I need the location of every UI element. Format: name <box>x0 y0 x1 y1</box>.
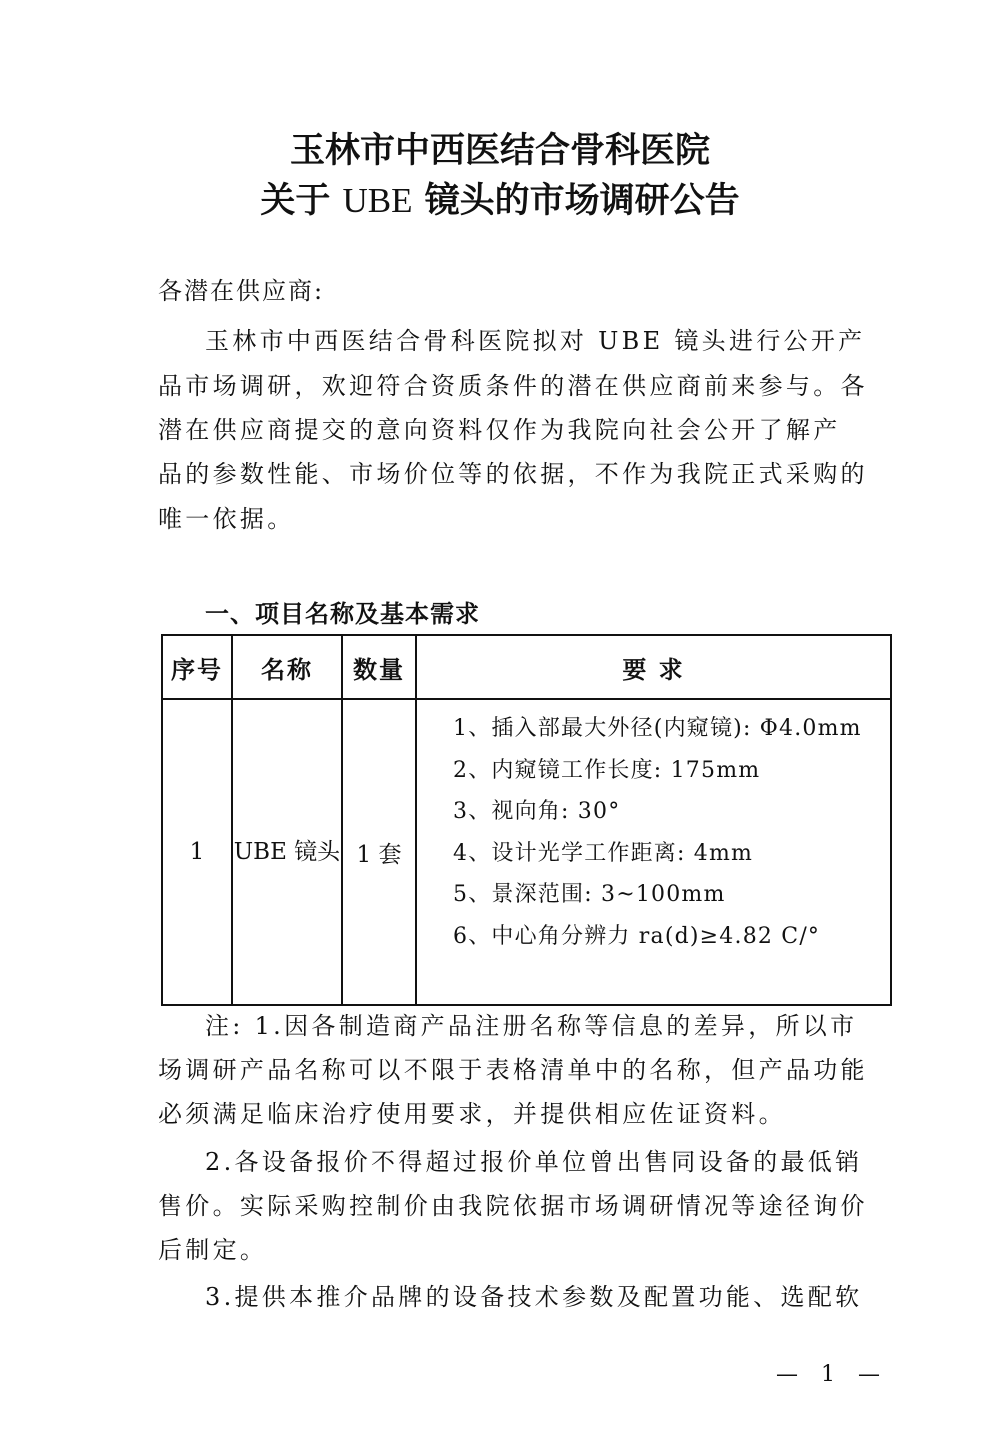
requirement-item: 3、视向角: 30° <box>453 791 890 833</box>
title-prefix: 关于 <box>260 181 342 221</box>
header-name: 名称 <box>232 635 342 699</box>
salutation: 各潜在供应商: <box>158 276 324 306</box>
note-line: 必须满足临床治疗使用要求，并提供相应佐证资料。 <box>158 1099 786 1129</box>
cell-quantity: 1 套 <box>342 699 416 1005</box>
intro-line: 潜在供应商提交的意向资料仅作为我院向社会公开了解产 <box>158 415 841 445</box>
requirement-item: 5、景深范围: 3~100mm <box>453 874 890 916</box>
header-no: 序号 <box>162 635 232 699</box>
requirement-item: 6、中心角分辨力 ra(d)≥4.82 C/° <box>453 916 890 958</box>
title-suffix: 镜头的市场调研公告 <box>413 181 740 221</box>
page-number: — 1 — <box>776 1362 888 1387</box>
requirement-item: 2、内窥镜工作长度: 175mm <box>453 750 890 792</box>
cell-no: 1 <box>162 699 232 1005</box>
header-requirements: 要 求 <box>416 635 891 699</box>
intro-line: 品市场调研，欢迎符合资质条件的潜在供应商前来参与。各 <box>158 371 868 401</box>
header-quantity: 数量 <box>342 635 416 699</box>
intro-line: 唯一依据。 <box>158 504 295 534</box>
note-line: 3.提供本推介品牌的设备技术参数及配置功能、选配软 <box>205 1282 862 1312</box>
intro-line: 品的参数性能、市场价位等的依据，不作为我院正式采购的 <box>158 459 868 489</box>
intro-line: 玉林市中西医结合骨科医院拟对 UBE 镜头进行公开产 <box>205 326 865 356</box>
table-header-row: 序号 名称 数量 要 求 <box>162 635 891 699</box>
note-line: 注: 1.因各制造商产品注册名称等信息的差异，所以市 <box>205 1011 857 1041</box>
title-latin: UBE <box>343 181 413 220</box>
table-row: 1 UBE 镜头 1 套 1、插入部最大外径(内窥镜): Φ4.0mm 2、内窥… <box>162 699 891 1005</box>
cell-name: UBE 镜头 <box>232 699 342 1005</box>
document-title-line1: 玉林市中西医结合骨科医院 <box>0 128 1000 174</box>
note-line: 2.各设备报价不得超过报价单位曾出售同设备的最低销 <box>205 1147 862 1177</box>
requirement-item: 4、设计光学工作距离: 4mm <box>453 833 890 875</box>
cell-requirements: 1、插入部最大外径(内窥镜): Φ4.0mm 2、内窥镜工作长度: 175mm … <box>416 699 891 1005</box>
note-line: 场调研产品名称可以不限于表格清单中的名称，但产品功能 <box>158 1055 868 1085</box>
requirements-table: 序号 名称 数量 要 求 1 UBE 镜头 1 套 1、插入部最大外径(内窥镜)… <box>161 634 892 1006</box>
document-title-line2: 关于 UBE 镜头的市场调研公告 <box>0 178 1000 224</box>
section-heading: 一、项目名称及基本需求 <box>205 594 480 629</box>
note-line: 后制定。 <box>158 1235 267 1265</box>
requirement-item: 1、插入部最大外径(内窥镜): Φ4.0mm <box>453 708 890 750</box>
note-line: 售价。实际采购控制价由我院依据市场调研情况等途径询价 <box>158 1191 868 1221</box>
